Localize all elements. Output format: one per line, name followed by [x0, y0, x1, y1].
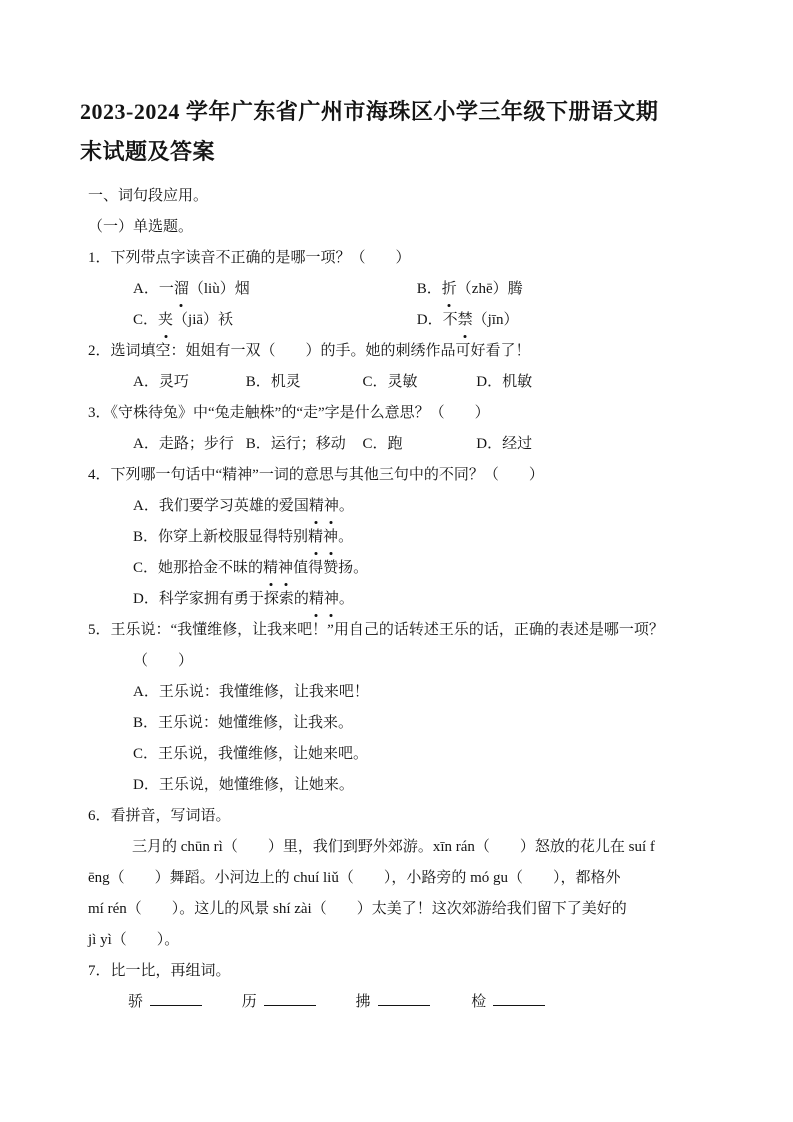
question-6-paragraph-line-3: mí rén（ ）。这儿的风景 shí zài（ ）太美了！这次郊游给我们留下了… [88, 894, 723, 925]
answer-blank [378, 990, 430, 1006]
question-4-option-d: D．科学家拥有勇于探索的精神。 [88, 584, 723, 615]
question-3-options-row: A．走路；步行 B．运行；移动 C．跑 D．经过 [88, 429, 723, 460]
question-7-item-1: 骄 [128, 987, 238, 1018]
question-5-stem: 5．王乐说：“我懂维修，让我来吧！”用自己的话转述王乐的话，正确的表述是哪一项？ [88, 615, 723, 646]
dotted-word: 精神 [308, 529, 338, 545]
question-1-options-row-1: A．一溜（liù）烟 B．折（zhē）腾 [88, 274, 723, 305]
question-6-paragraph-line-1: 三月的 chūn rì（ ）里，我们到野外郊游。xīn rán（ ）怒放的花儿在… [88, 832, 723, 863]
question-5-option-d: D．王乐说，她懂维修，让她来。 [88, 770, 723, 801]
question-5-option-c: C．王乐说，我懂维修，让她来吧。 [88, 739, 723, 770]
question-2-option-b: B．机灵 [246, 367, 359, 398]
page-title: 2023-2024 学年广东省广州市海珠区小学三年级下册语文期 末试题及答案 [80, 92, 723, 172]
dotted-word: 精神 [309, 591, 339, 607]
question-7-word-building-row: 骄 历 拂 检 [88, 987, 723, 1018]
dotted-word: 精神 [263, 560, 293, 576]
question-1-option-d: D．不禁（jīn） [417, 305, 519, 336]
dotted-char: 折 [442, 281, 457, 297]
section-subheading: （一）单选题。 [88, 212, 723, 243]
exam-document-page: 2023-2024 学年广东省广州市海珠区小学三年级下册语文期 末试题及答案 一… [0, 0, 793, 1122]
question-3-stem: 3．《守株待兔》中“兔走触株”的“走”字是什么意思？（ ） [88, 398, 723, 429]
question-2-option-c: C．灵敏 [363, 367, 473, 398]
question-3-option-a: A．走路；步行 [133, 429, 242, 460]
question-5-option-b: B．王乐说：她懂维修，让我来。 [88, 708, 723, 739]
question-6-paragraph-line-2: ēng（ ）舞蹈。小河边上的 chuí liǔ（ ），小路旁的 mó gu（ ）… [88, 863, 723, 894]
question-3-option-c: C．跑 [363, 429, 473, 460]
section-heading: 一、词句段应用。 [88, 181, 723, 212]
question-2-stem: 2．选词填空：姐姐有一双（ ）的手。她的刺绣作品可好看了！ [88, 336, 723, 367]
answer-blank [264, 990, 316, 1006]
question-7-stem: 7．比一比，再组词。 [88, 956, 723, 987]
question-4-option-c: C．她那拾金不昧的精神值得赞扬。 [88, 553, 723, 584]
answer-blank [150, 990, 202, 1006]
question-7-item-2: 历 [242, 987, 352, 1018]
question-1-option-b: B．折（zhē）腾 [417, 274, 523, 305]
question-1-options-row-2: C．夹（jiā）袄 D．不禁（jīn） [88, 305, 723, 336]
question-3-option-b: B．运行；移动 [246, 429, 359, 460]
question-7-item-3: 拂 [356, 987, 468, 1018]
question-2-options-row: A．灵巧 B．机灵 C．灵敏 D．机敏 [88, 367, 723, 398]
question-5-stem-continuation: （ ） [88, 646, 723, 677]
question-4-option-b: B．你穿上新校服显得特别精神。 [88, 522, 723, 553]
question-1-stem: 1．下列带点字读音不正确的是哪一项？（ ） [88, 243, 723, 274]
question-6-paragraph-line-4: jì yì（ ）。 [88, 925, 723, 956]
dotted-word: 精神 [309, 498, 339, 514]
question-7-item-4: 检 [471, 987, 545, 1018]
page-title-line2: 末试题及答案 [80, 132, 723, 172]
answer-blank [493, 990, 545, 1006]
question-4-stem: 4．下列哪一句话中“精神”一词的意思与其他三句中的不同？（ ） [88, 460, 723, 491]
question-2-option-a: A．灵巧 [133, 367, 242, 398]
question-1-option-c: C．夹（jiā）袄 [133, 305, 413, 336]
page-title-line1: 2023-2024 学年广东省广州市海珠区小学三年级下册语文期 [80, 92, 723, 132]
dotted-char: 溜 [174, 281, 189, 297]
dotted-char: 夹 [158, 312, 173, 328]
question-6-stem: 6．看拼音，写词语。 [88, 801, 723, 832]
question-2-option-d: D．机敏 [476, 367, 532, 398]
question-4-option-a: A．我们要学习英雄的爱国精神。 [88, 491, 723, 522]
question-5-option-a: A．王乐说：我懂维修，让我来吧！ [88, 677, 723, 708]
question-3-option-d: D．经过 [476, 429, 532, 460]
question-1-option-a: A．一溜（liù）烟 [133, 274, 413, 305]
dotted-char: 禁 [458, 312, 473, 328]
exam-body: 一、词句段应用。 （一）单选题。 1．下列带点字读音不正确的是哪一项？（ ） A… [88, 181, 723, 1018]
